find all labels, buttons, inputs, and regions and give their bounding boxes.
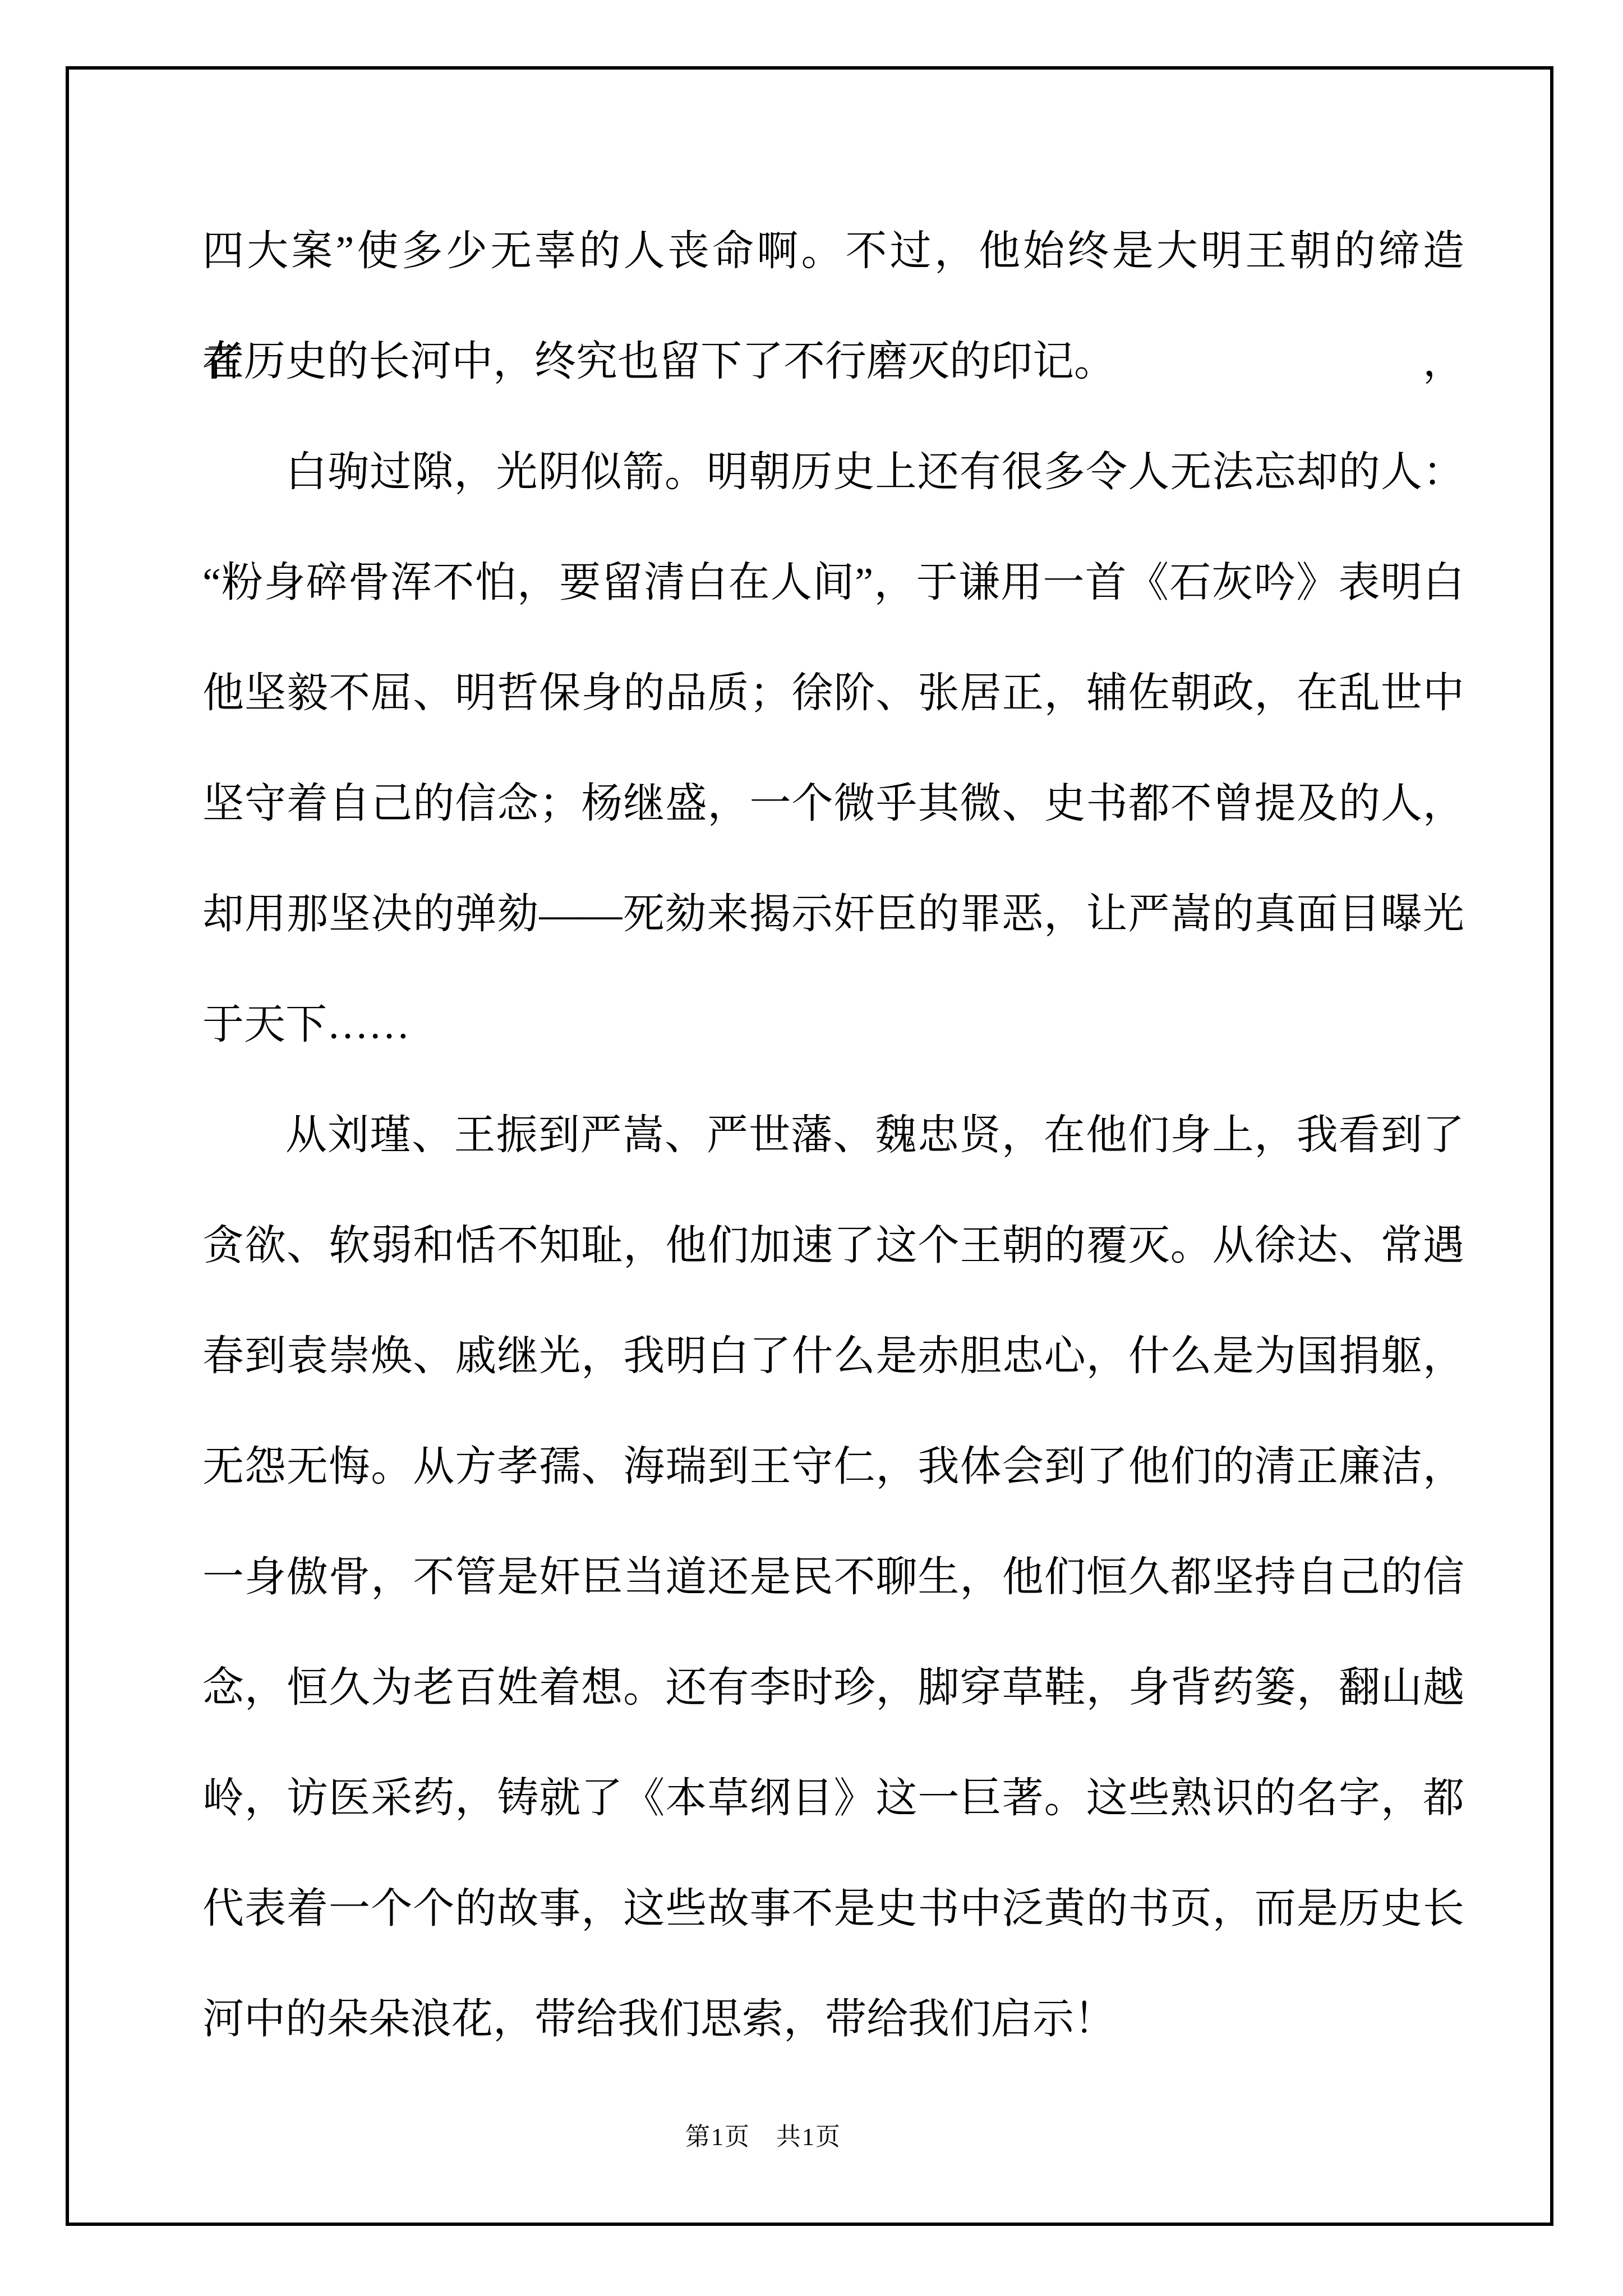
text-line: 于天下…… bbox=[202, 970, 1464, 1080]
essay-text-block: 四大案”使多少无辜的人丧命啊。不过，他始终是大明王朝的缔造者，在历史的长河中，终… bbox=[202, 196, 1464, 2075]
text-line: 四大案”使多少无辜的人丧命啊。不过，他始终是大明王朝的缔造者， bbox=[202, 196, 1464, 307]
text-line: 一身傲骨，不管是奸臣当道还是民不聊生，他们恒久都坚持自己的信 bbox=[202, 1522, 1464, 1633]
text-line: “粉身碎骨浑不怕，要留清白在人间”，于谦用一首《石灰吟》表明白 bbox=[202, 528, 1464, 638]
page-footer: 第1页 共1页 bbox=[685, 2120, 841, 2155]
text-line: 河中的朵朵浪花，带给我们思索，带给我们启示！ bbox=[202, 1964, 1464, 2075]
text-line: 代表着一个个的故事，这些故事不是史书中泛黄的书页，而是历史长 bbox=[202, 1854, 1464, 1964]
text-line: 他坚毅不屈、明哲保身的品质；徐阶、张居正，辅佐朝政，在乱世中 bbox=[202, 638, 1464, 749]
text-line: 念，恒久为老百姓着想。还有李时珍，脚穿草鞋，身背药篓，翻山越 bbox=[202, 1633, 1464, 1743]
text-line: 无怨无悔。从方孝孺、海瑞到王守仁，我体会到了他们的清正廉洁， bbox=[202, 1412, 1464, 1522]
text-line: 岭，访医采药，铸就了《本草纲目》这一巨著。这些熟识的名字，都 bbox=[202, 1743, 1464, 1854]
document-page: 四大案”使多少无辜的人丧命啊。不过，他始终是大明王朝的缔造者，在历史的长河中，终… bbox=[0, 0, 1623, 2296]
text-line: 却用那坚决的弹劾——死劾来揭示奸臣的罪恶，让严嵩的真面目曝光 bbox=[202, 859, 1464, 970]
text-line: 白驹过隙，光阴似箭。明朝历史上还有很多令人无法忘却的人： bbox=[202, 417, 1464, 528]
text-line: 从刘瑾、王振到严嵩、严世藩、魏忠贤，在他们身上，我看到了 bbox=[202, 1080, 1464, 1191]
text-line: 春到袁崇焕、戚继光，我明白了什么是赤胆忠心，什么是为国捐躯， bbox=[202, 1301, 1464, 1412]
text-line: 坚守着自己的信念；杨继盛，一个微乎其微、史书都不曾提及的人， bbox=[202, 749, 1464, 859]
text-line: 贪欲、软弱和恬不知耻，他们加速了这个王朝的覆灭。从徐达、常遇 bbox=[202, 1191, 1464, 1301]
